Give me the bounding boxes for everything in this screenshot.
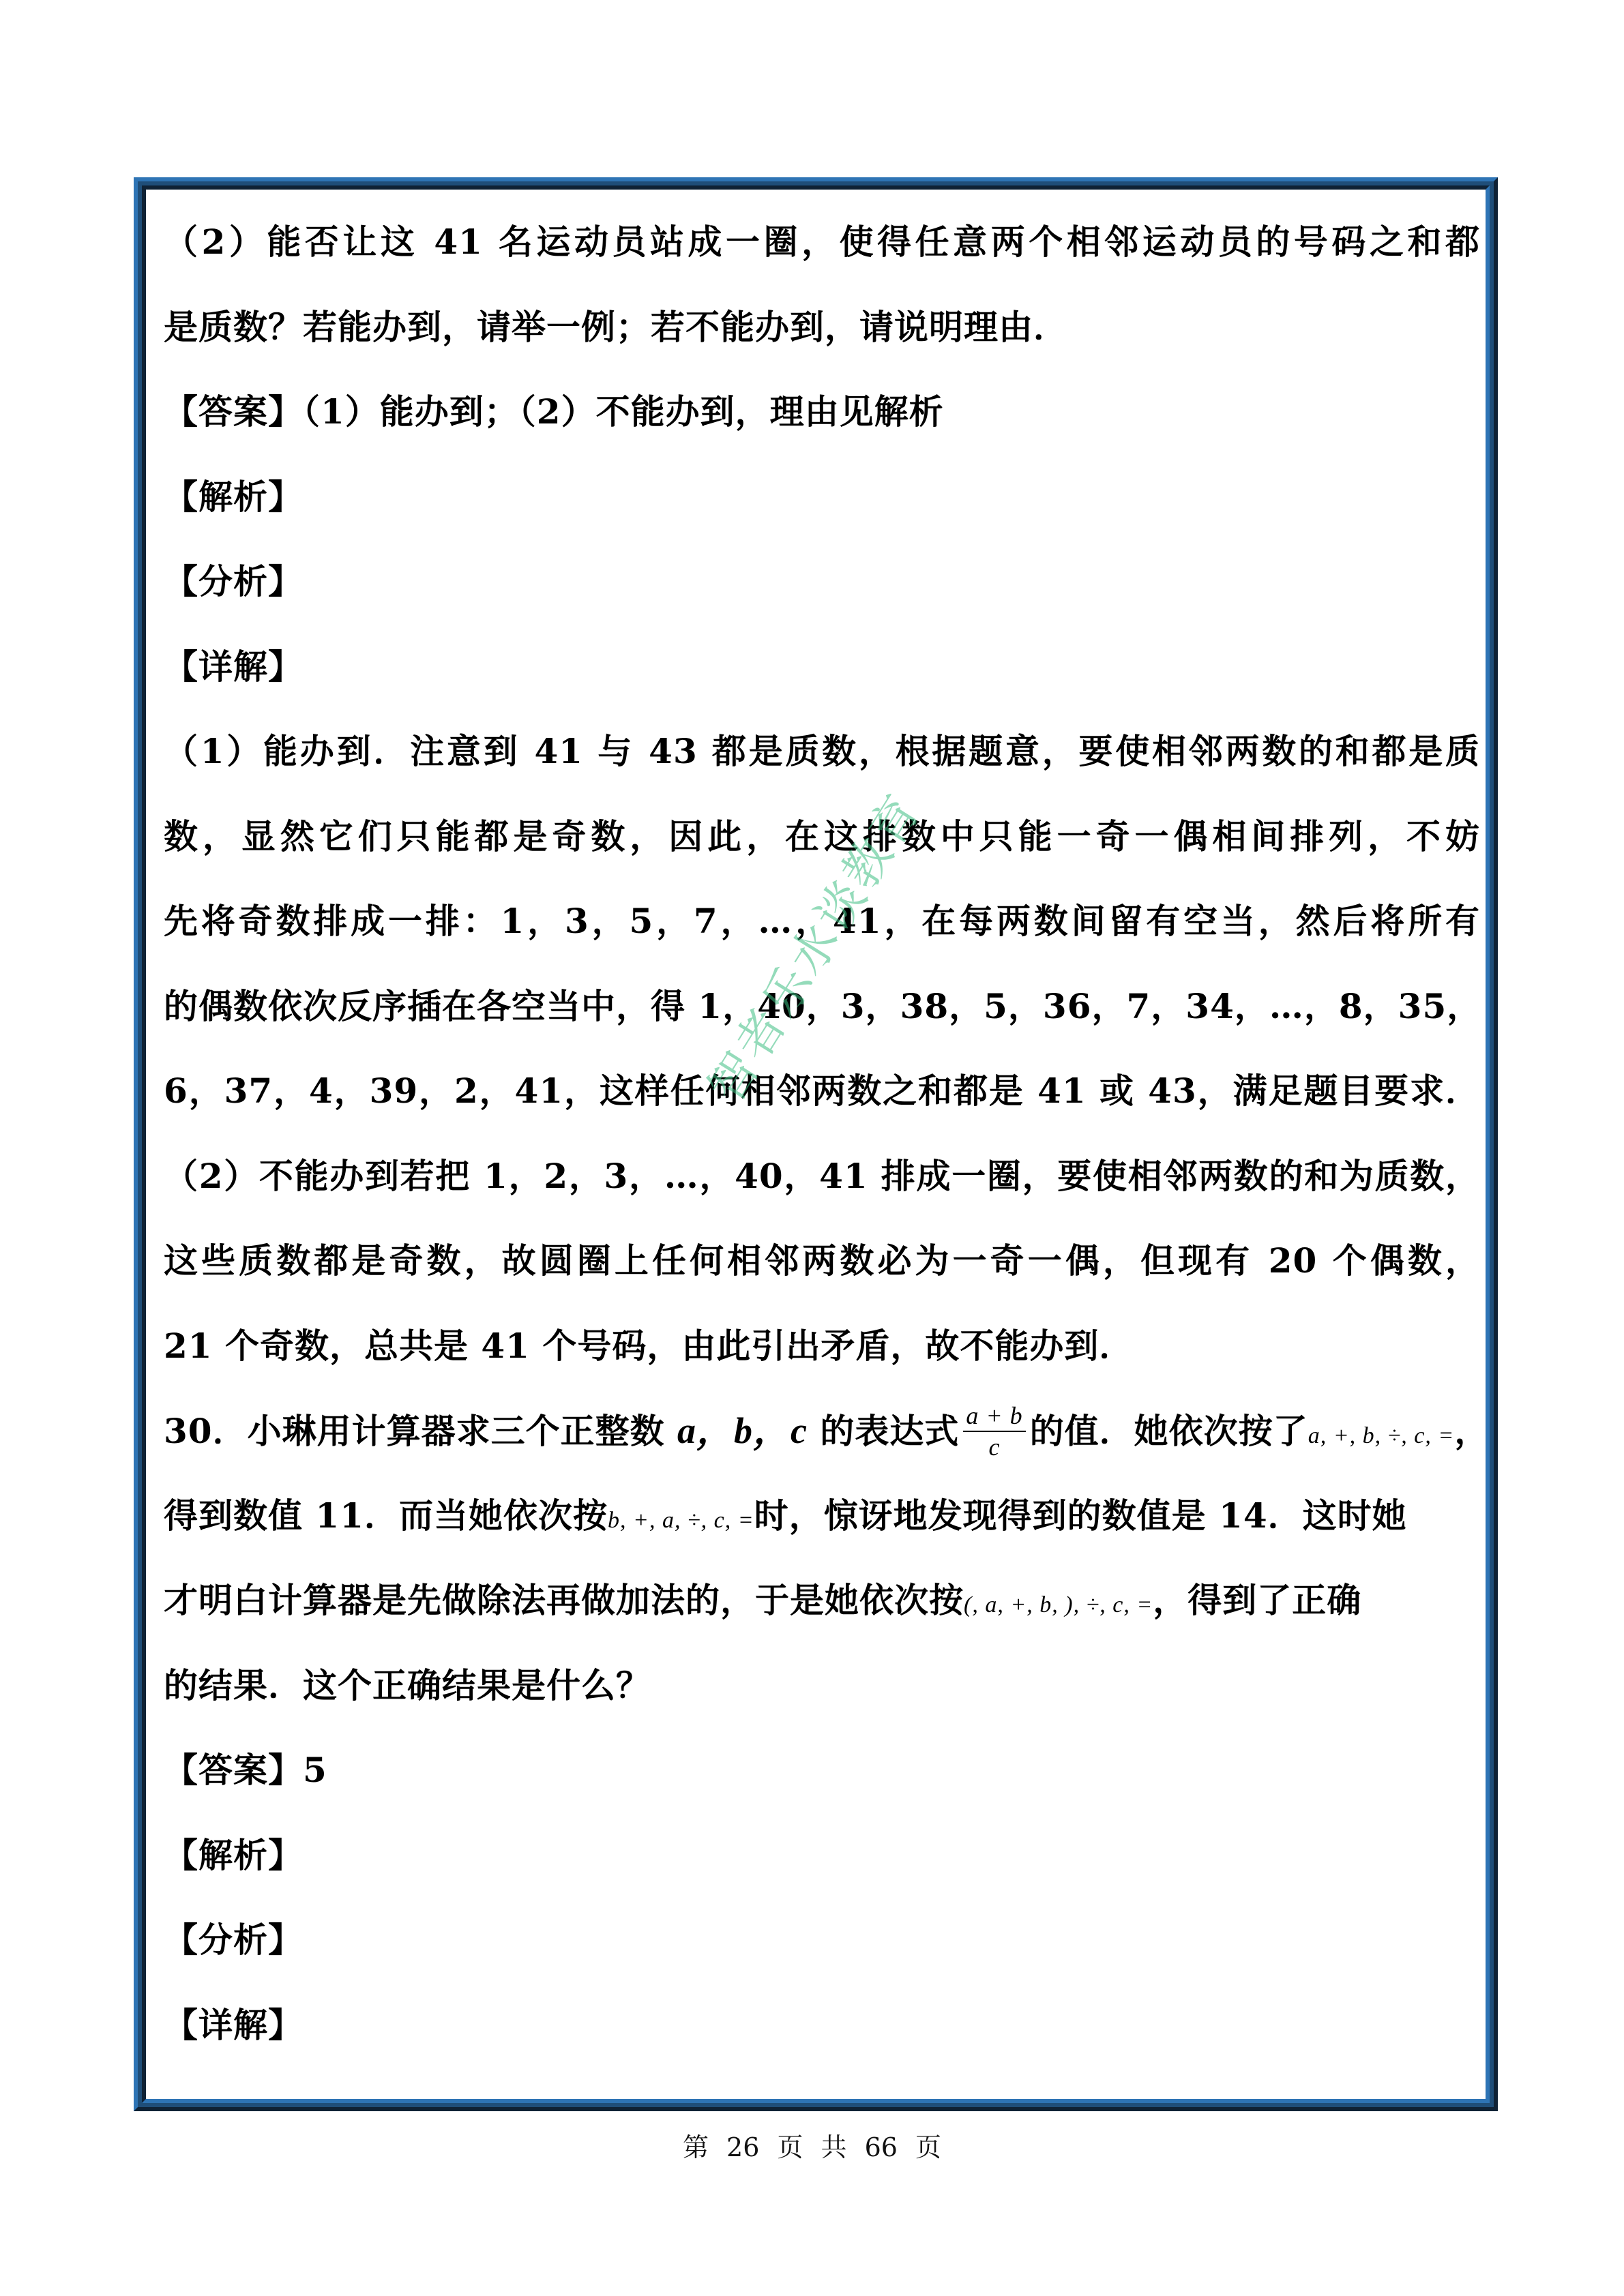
key-sequence-3: (, a, +, b, ), ÷, c, = <box>964 1592 1153 1617</box>
q29-detail-line: 数，显然它们只能都是奇数，因此，在这排数中只能一奇一偶相间排列，不妨 <box>164 794 1480 880</box>
q29-part2-question-line2: 是质数？若能办到，请举一例；若不能办到，请说明理由． <box>164 285 1480 370</box>
q30-question-line3: 才明白计算器是先做除法再做加法的，于是她依次按(, a, +, b, ), ÷,… <box>164 1558 1480 1643</box>
q29-detail-line: 这些质数都是奇数，故圆圈上任何相邻两数必为一奇一偶，但现有 20 个偶数， <box>164 1219 1480 1304</box>
q29-detail-line: （2）不能办到若把 1，2，3，…，40，41 排成一圈，要使相邻两数的和为质数… <box>164 1134 1480 1219</box>
key-sequence-2: b, +, a, ÷, c, = <box>608 1508 754 1533</box>
q30-fenxi-label: 【分析】 <box>164 1898 1480 1983</box>
fraction-numerator: a + b <box>963 1401 1025 1432</box>
key-sequence-1: a, +, b, ÷, c, = <box>1308 1423 1455 1448</box>
q30-question-line1: 30．小琳用计算器求三个正整数 a，b，c 的表达式a + bc的值．她依次按了… <box>164 1388 1480 1474</box>
q30-text: 30．小琳用计算器求三个正整数 <box>164 1411 677 1451</box>
fraction-denominator: c <box>963 1432 1025 1462</box>
q30-text: 才明白计算器是先做除法再做加法的，于是她依次按 <box>164 1580 964 1620</box>
q30-detail-label: 【详解】 <box>164 1983 1480 2068</box>
q30-text: 的表达式 <box>808 1411 959 1451</box>
q30-question-line4: 的结果．这个正确结果是什么？ <box>164 1643 1480 1729</box>
q29-detail-line: （1）能办到．注意到 41 与 43 都是质数，根据题意，要使相邻两数的和都是质 <box>164 709 1480 794</box>
q29-analysis-label: 【解析】 <box>164 455 1480 540</box>
q29-detail-line: 6，37，4，39，2，41，这样任何相邻两数之和都是 41 或 43，满足题目… <box>164 1049 1480 1134</box>
q30-text: 得到数值 11．而当她依次按 <box>164 1495 608 1536</box>
q29-detail-line: 先将奇数排成一排：1，3，5，7，…，41，在每两数间留有空当，然后将所有 <box>164 879 1480 964</box>
q29-answer: 【答案】（1）能办到；（2）不能办到，理由见解析 <box>164 370 1480 455</box>
q30-variables: a，b，c <box>677 1410 808 1451</box>
q30-text: 的值．她依次按了 <box>1030 1411 1308 1451</box>
fraction-a-plus-b-over-c: a + bc <box>963 1401 1025 1462</box>
q29-part2-question-line1: （2）能否让这 41 名运动员站成一圈，使得任意两个相邻运动员的号码之和都 <box>164 200 1480 285</box>
q30-analysis-label: 【解析】 <box>164 1813 1480 1898</box>
page-content: （2）能否让这 41 名运动员站成一圈，使得任意两个相邻运动员的号码之和都 是质… <box>164 200 1480 2068</box>
q29-detail-line: 的偶数依次反序插在各空当中，得 1，40，3，38，5，36，7，34，…，8，… <box>164 964 1480 1049</box>
q29-fenxi-label: 【分析】 <box>164 539 1480 625</box>
q30-question-line2: 得到数值 11．而当她依次按b, +, a, ÷, c, =时，惊讶地发现得到的… <box>164 1474 1480 1559</box>
page-number-footer: 第 26 页 共 66 页 <box>0 2126 1624 2164</box>
q29-detail-label: 【详解】 <box>164 625 1480 710</box>
q30-text: 时，惊讶地发现得到的数值是 14．这时她 <box>754 1495 1407 1536</box>
q30-text: ，得到了正确 <box>1153 1580 1361 1620</box>
q30-text: ， <box>1454 1411 1489 1451</box>
q30-answer: 【答案】5 <box>164 1728 1480 1813</box>
q29-detail-line: 21 个奇数，总共是 41 个号码，由此引出矛盾，故不能办到． <box>164 1304 1480 1389</box>
